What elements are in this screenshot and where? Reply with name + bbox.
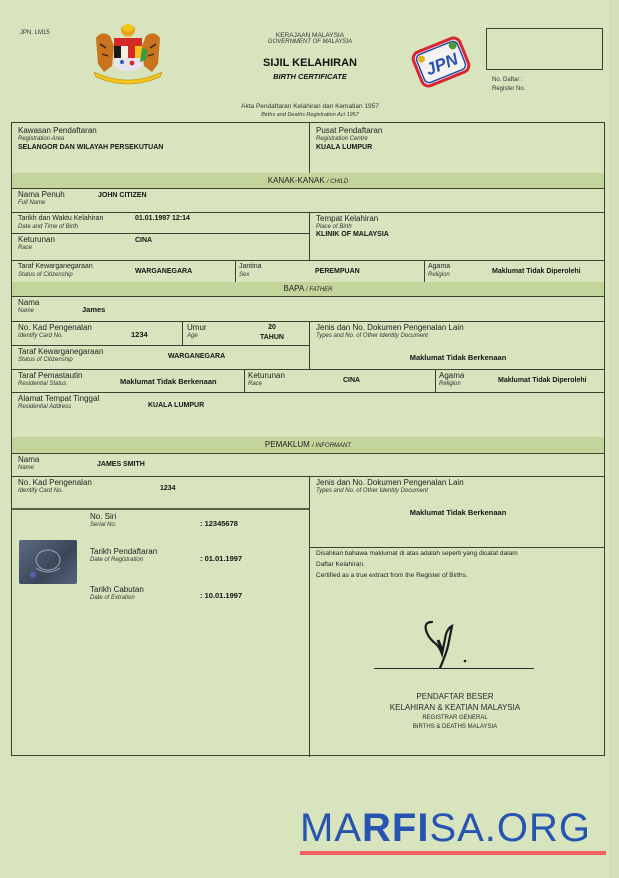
child-citizenship-value: WARGANEGARA — [135, 268, 192, 275]
father-age-number: 20 — [252, 323, 292, 333]
hologram-stamp-icon — [19, 540, 77, 584]
father-other-doc-label-en: Types and No. of Other Identity Document — [316, 332, 464, 340]
registration-centre-value: KUALA LUMPUR — [316, 144, 382, 151]
father-religion-label: Agama Religion — [439, 371, 464, 388]
extraction-date-label-ms: Tarikh Cabutan — [90, 585, 144, 594]
page-edge — [610, 0, 619, 878]
section-child: KANAK-KANAK / CHILD — [12, 173, 604, 188]
father-ic-label-ms: No. Kad Pengenalan — [18, 323, 92, 332]
father-address-label: Alamat Tempat Tinggal Residential Addres… — [18, 394, 99, 411]
child-pob-label-en: Place of Birth — [316, 223, 389, 231]
act-en: Births and Deaths Registration Act 1957 — [200, 112, 420, 118]
father-address-label-en: Residential Address — [18, 403, 99, 411]
serial-label-en: Serial No. — [90, 521, 116, 529]
father-ic-value: 1234 — [131, 330, 148, 339]
father-name-value: James — [82, 305, 105, 314]
extraction-date-value: : 10.01.1997 — [200, 591, 242, 600]
registrar-title-ms-1: PENDAFTAR BESER — [330, 692, 580, 701]
father-race-value: CINA — [343, 377, 360, 384]
child-sex-label-ms: Jantina — [239, 262, 262, 271]
document-title: SIJIL KELAHIRAN — [200, 57, 420, 69]
child-race-label: Keturunan Race — [18, 235, 55, 252]
divider — [235, 260, 236, 282]
child-sex-label-en: Sex — [239, 271, 262, 279]
father-other-doc-label-ms: Jenis dan No. Dokumen Pengenalan Lain — [316, 323, 464, 332]
divider — [435, 369, 436, 392]
registration-area: Kawasan Pendaftaran Registration Area SE… — [18, 126, 163, 151]
child-dob-label-ms: Tarikh dan Waktu Kelahiran — [18, 214, 103, 223]
informant-other-doc-label: Jenis dan No. Dokumen Pengenalan Lain Ty… — [316, 478, 464, 495]
registration-centre-label: Pusat Pendaftaran — [316, 126, 382, 135]
father-race-label-en: Race — [248, 380, 285, 388]
divider — [12, 296, 604, 297]
certification-line-3: Certified as a true extract from the Reg… — [316, 570, 518, 581]
father-citizenship-label: Taraf Kewarganegaraan Status of Citizens… — [18, 347, 103, 364]
section-child-title: KANAK-KANAK — [268, 176, 325, 185]
father-race-label: Keturunan Race — [248, 371, 285, 388]
divider — [12, 212, 604, 213]
extraction-date-label: Tarikh Cabutan Date of Extration — [90, 585, 144, 602]
divider — [244, 369, 245, 392]
divider — [12, 233, 309, 234]
serial-label: No. Siri Serial No. — [90, 512, 116, 529]
registration-date-label-ms: Tarikh Pendaftaran — [90, 547, 157, 556]
section-informant-title-en: / INFORMANT — [312, 443, 351, 449]
register-number-label: No. Daftar : Register No. — [492, 76, 525, 94]
divider — [12, 260, 604, 261]
father-residential-label: Taraf Pemastautin Residential Status — [18, 371, 82, 388]
malaysia-coat-of-arms-icon — [86, 20, 170, 86]
extraction-date-label-en: Date of Extration — [90, 594, 144, 602]
serial-value: : 12345678 — [200, 519, 238, 528]
act-ms: Akta Pendaftaran Kelahiran dan Kematian … — [200, 103, 420, 110]
informant-other-doc-label-en: Types and No. of Other Identity Document — [316, 487, 464, 495]
brand-underline — [300, 851, 606, 855]
father-age-label-ms: Umur — [187, 323, 207, 332]
divider — [182, 321, 183, 345]
divider — [12, 453, 604, 454]
section-informant-title: PEMAKLUM — [265, 440, 310, 449]
informant-ic-label-ms: No. Kad Pengenalan — [18, 478, 92, 487]
divider — [309, 212, 310, 260]
registration-centre-label-en: Registration Centre — [316, 135, 382, 143]
divider — [12, 508, 309, 510]
registrar-title-ms-2: KELAHIRAN & KEATIAN MALAYSIA — [330, 703, 580, 712]
divider — [12, 188, 604, 189]
informant-other-doc-value: Maklumat Tidak Berkenaan — [310, 508, 606, 517]
father-age-value: 20 TAHUN — [252, 323, 292, 343]
divider — [12, 392, 604, 393]
child-dob-label-en: Date and Time of Birth — [18, 223, 103, 231]
child-full-name-label-ms: Nama Penuh — [18, 190, 65, 199]
brand-part-1: MA — [300, 806, 362, 850]
marfisa-watermark: MARFISA.ORG — [300, 806, 591, 851]
child-citizenship-label: Taraf Kewarganegaraan Status of Citizens… — [18, 262, 93, 279]
informant-name-label: Nama Name — [18, 455, 39, 472]
child-sex-label: Jantina Sex — [239, 262, 262, 279]
register-number-box — [486, 28, 603, 70]
father-other-doc-value: Maklumat Tidak Berkenaan — [310, 353, 606, 362]
registration-centre: Pusat Pendaftaran Registration Centre KU… — [316, 126, 382, 151]
father-age-unit: TAHUN — [252, 333, 292, 343]
divider — [12, 345, 309, 346]
father-address-value: KUALA LUMPUR — [148, 402, 204, 409]
father-residential-label-en: Residential Status — [18, 380, 82, 388]
child-full-name-label-en: Full Name — [18, 199, 65, 207]
child-citizenship-label-en: Status of Citizenship — [18, 271, 93, 279]
child-race-label-en: Race — [18, 244, 55, 252]
section-informant: PEMAKLUM / INFORMANT — [12, 437, 604, 453]
father-name-label-ms: Nama — [18, 298, 39, 307]
section-father-title-en: / FATHER — [306, 287, 332, 293]
father-name-label: Nama Name — [18, 298, 39, 315]
father-citizenship-label-ms: Taraf Kewarganegaraan — [18, 347, 103, 356]
child-dob-value: 01.01.1997 12:14 — [135, 215, 190, 222]
father-religion-label-en: Religion — [439, 380, 464, 388]
child-race-value: CINA — [135, 237, 152, 244]
signature-icon — [418, 616, 468, 672]
registration-area-value: SELANGOR DAN WILAYAH PERSEKUTUAN — [18, 144, 163, 151]
child-pob-value: KLINIK OF MALAYSIA — [316, 231, 389, 238]
father-other-doc-label: Jenis dan No. Dokumen Pengenalan Lain Ty… — [316, 323, 464, 340]
certification-text: Disahkan bahawa maklumat di atas adalah … — [316, 548, 518, 581]
registration-area-label: Kawasan Pendaftaran — [18, 126, 163, 135]
father-ic-label-en: Identify Card No. — [18, 332, 92, 340]
child-full-name-value: JOHN CITIZEN — [98, 192, 147, 199]
child-religion-label-ms: Agama — [428, 262, 450, 271]
child-pob: Tempat Kelahiran Place of Birth KLINIK O… — [316, 214, 389, 238]
section-father: BAPA / FATHER — [12, 282, 604, 296]
informant-ic-value: 1234 — [160, 485, 176, 492]
certification-line-1: Disahkan bahawa maklumat di atas adalah … — [316, 548, 518, 559]
signature-line — [374, 668, 534, 669]
father-residential-label-ms: Taraf Pemastautin — [18, 371, 82, 380]
registration-area-label-en: Registration Area — [18, 135, 163, 143]
father-religion-value: Maklumat Tidak Diperolehi — [498, 377, 587, 384]
child-pob-label-ms: Tempat Kelahiran — [316, 214, 389, 223]
father-race-label-ms: Keturunan — [248, 371, 285, 380]
registration-date-label-en: Date of Registration — [90, 556, 157, 564]
informant-name-label-en: Name — [18, 464, 39, 472]
serial-label-ms: No. Siri — [90, 512, 116, 521]
father-name-label-en: Name — [18, 307, 39, 315]
form-code: JPN. LM15 — [20, 30, 50, 36]
divider — [424, 260, 425, 282]
divider — [309, 476, 310, 757]
informant-ic-label-en: Identify Card No. — [18, 487, 92, 495]
father-residential-value: Maklumat Tidak Berkenaan — [120, 377, 217, 386]
divider — [12, 369, 604, 370]
father-age-label: Umur Age — [187, 323, 207, 340]
divider — [12, 321, 604, 322]
registrar-title-en-1: REGISTRAR GENERAL — [330, 715, 580, 721]
certificate-table: Kawasan Pendaftaran Registration Area SE… — [11, 122, 605, 756]
child-religion-label-en: Religion — [428, 271, 450, 279]
child-race-label-ms: Keturunan — [18, 235, 55, 244]
section-father-title: BAPA — [284, 284, 304, 293]
child-dob-label: Tarikh dan Waktu Kelahiran Date and Time… — [18, 214, 103, 231]
informant-ic-label: No. Kad Pengenalan Identify Card No. — [18, 478, 92, 495]
father-ic-label: No. Kad Pengenalan Identify Card No. — [18, 323, 92, 340]
divider — [309, 123, 310, 173]
father-age-label-en: Age — [187, 332, 207, 340]
register-number-label-ms: No. Daftar : — [492, 76, 525, 85]
brand-part-2: RFI — [362, 806, 429, 850]
father-citizenship-label-en: Status of Citizenship — [18, 356, 103, 364]
jpn-logo-icon: JPN — [408, 34, 474, 90]
informant-name-label-ms: Nama — [18, 455, 39, 464]
father-address-label-ms: Alamat Tempat Tinggal — [18, 394, 99, 403]
father-religion-label-ms: Agama — [439, 371, 464, 380]
certification-line-2: Daftar Kelahiran. — [316, 559, 518, 570]
registrar-title-en-2: BIRTHS & DEATHS MALAYSIA — [330, 724, 580, 730]
register-number-label-en: Register No. — [492, 85, 525, 94]
informant-name-value: JAMES SMITH — [97, 461, 145, 468]
child-religion-value: Maklumat Tidak Diperolehi — [492, 268, 581, 275]
section-child-title-en: / CHILD — [327, 179, 348, 185]
child-sex-value: PEREMPUAN — [315, 268, 360, 275]
father-citizenship-value: WARGANEGARA — [168, 353, 225, 360]
divider — [12, 476, 604, 477]
child-citizenship-label-ms: Taraf Kewarganegaraan — [18, 262, 93, 271]
government-ms: KERAJAAN MALAYSIA — [200, 32, 420, 39]
child-religion-label: Agama Religion — [428, 262, 450, 279]
registration-date-label: Tarikh Pendaftaran Date of Registration — [90, 547, 157, 564]
government-en: GOVERNMENT OF MALAYSIA — [200, 39, 420, 45]
brand-part-3: SA.ORG — [429, 806, 591, 850]
informant-other-doc-label-ms: Jenis dan No. Dokumen Pengenalan Lain — [316, 478, 464, 487]
document-subtitle: BIRTH CERTIFICATE — [200, 72, 420, 81]
registration-date-value: : 01.01.1997 — [200, 554, 242, 563]
child-full-name-label: Nama Penuh Full Name — [18, 190, 65, 207]
